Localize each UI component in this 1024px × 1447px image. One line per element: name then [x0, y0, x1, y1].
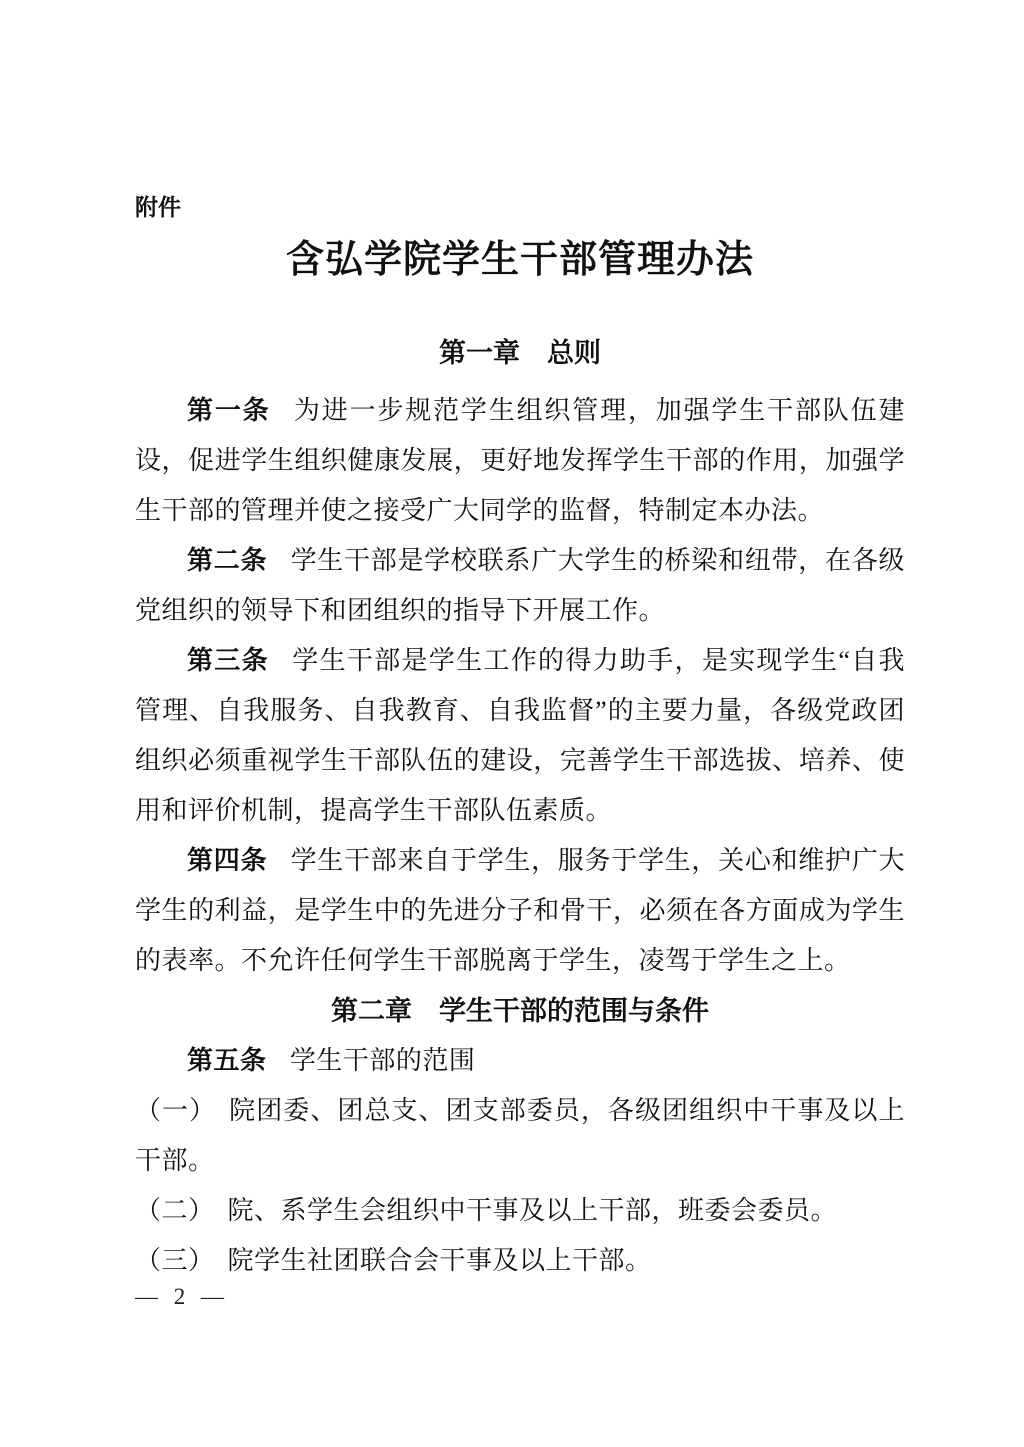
article-1: 第一条为进一步规范学生组织管理，加强学生干部队伍建设，促进学生组织健康发展，更好… [135, 386, 905, 536]
chapter-2-heading: 第二章 学生干部的范围与条件 [135, 986, 905, 1036]
article-3-label: 第三条 [187, 646, 269, 675]
article-2-label: 第二条 [187, 546, 267, 575]
list-item-2: （二）院、系学生会组织中干事及以上干部，班委会委员。 [135, 1186, 905, 1236]
list-item-1: （一）院团委、团总支、团支部委员，各级团组织中干事及以上干部。 [135, 1086, 905, 1186]
attachment-label: 附件 [135, 182, 905, 232]
list-item-3-label: （三） [135, 1246, 215, 1275]
list-item-1-text: 院团委、团总支、团支部委员，各级团组织中干事及以上干部。 [135, 1096, 905, 1175]
article-5-text: 学生干部的范围 [290, 1046, 476, 1075]
article-1-label: 第一条 [187, 396, 271, 425]
article-2: 第二条学生干部是学校联系广大学生的桥梁和纽带，在各级党组织的领导下和团组织的指导… [135, 536, 905, 636]
page-number: — 2 — [135, 1282, 224, 1312]
document-content: 附件 含弘学院学生干部管理办法 第一章 总则 第一条为进一步规范学生组织管理，加… [135, 0, 905, 1286]
article-5: 第五条学生干部的范围 [135, 1036, 905, 1086]
list-item-3-text: 院学生社团联合会干事及以上干部。 [228, 1246, 652, 1275]
chapter-1-heading: 第一章 总则 [135, 328, 905, 378]
list-item-3: （三）院学生社团联合会干事及以上干部。 [135, 1236, 905, 1286]
document-title: 含弘学院学生干部管理办法 [135, 232, 905, 288]
article-4-label: 第四条 [187, 846, 267, 875]
list-item-1-label: （一） [135, 1096, 216, 1125]
article-5-label: 第五条 [187, 1046, 267, 1075]
article-4: 第四条学生干部来自于学生，服务于学生，关心和维护广大学生的利益，是学生中的先进分… [135, 836, 905, 986]
article-3: 第三条学生干部是学生工作的得力助手，是实现学生“自我管理、自我服务、自我教育、自… [135, 636, 905, 836]
document-page: 附件 含弘学院学生干部管理办法 第一章 总则 第一条为进一步规范学生组织管理，加… [0, 0, 1024, 1447]
list-item-2-label: （二） [135, 1196, 215, 1225]
list-item-2-text: 院、系学生会组织中干事及以上干部，班委会委员。 [228, 1196, 838, 1225]
